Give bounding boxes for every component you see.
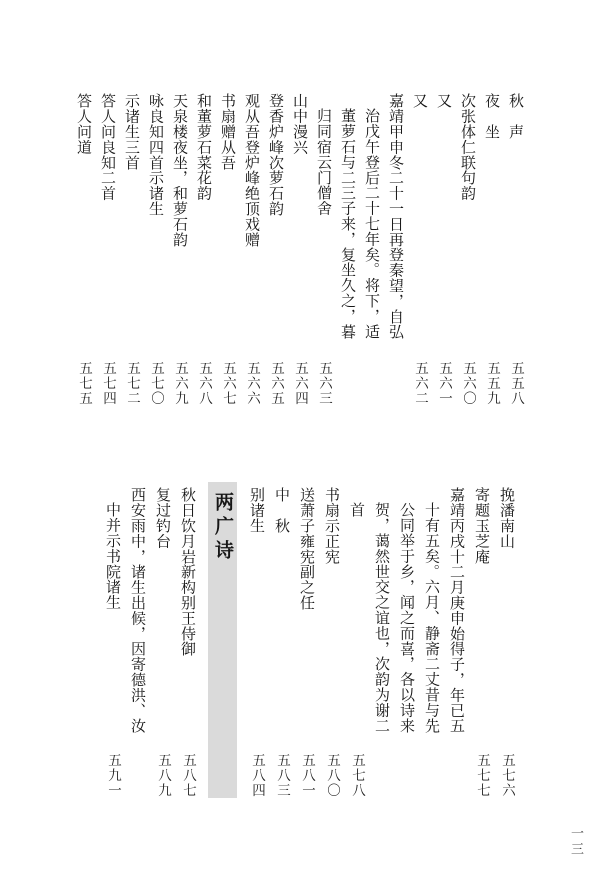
toc-block-top: 秋 声 五五八 夜 坐 五五九 次张体仁联句韵 五六〇 又 五六一 又 五六二 … bbox=[72, 93, 528, 406]
toc-entry-page-number: 五七七 bbox=[469, 753, 494, 798]
toc-entry-title: 登香炉峰次萝石韵 bbox=[264, 93, 288, 216]
toc-entry-page-number: 五六三 bbox=[312, 361, 336, 406]
toc-entry-title: 天泉楼夜坐，和萝石韵 bbox=[168, 93, 192, 247]
toc-entry: 咏良知四首示诸生 五七〇 bbox=[144, 93, 168, 406]
toc-entry: 西安雨中，诸生出候，因寄德洪、汝中并示书院诸生 五九一 bbox=[100, 487, 150, 798]
toc-entry-page-number: 五九一 bbox=[100, 753, 125, 798]
toc-entry-page-number: 五八四 bbox=[244, 753, 269, 798]
toc-entry: 山中漫兴 五六四 bbox=[288, 93, 312, 406]
toc-entry-page-number: 五七八 bbox=[344, 753, 369, 798]
toc-entry-page-number: 五六一 bbox=[432, 361, 456, 406]
toc-entry: 夜 坐 五五九 bbox=[480, 93, 504, 406]
toc-entry-page-number: 五六七 bbox=[216, 361, 240, 406]
toc-entry-title: 复过钓台 bbox=[150, 487, 175, 549]
toc-entry-title: 中 秋 bbox=[269, 487, 294, 533]
toc-entry: 书扇赠从吾 五六七 bbox=[216, 93, 240, 406]
toc-entry-page-number: 五七六 bbox=[494, 753, 519, 798]
toc-entry-title: 送萧子雍宪副之任 bbox=[294, 487, 319, 610]
toc-entry-title: 秋日饮月岩新构别王侍御 bbox=[175, 487, 200, 656]
toc-entry: 嘉靖丙戌十二月庚申始得子，年已五十有五矣。六月、静斋二丈昔与先公同举于乡，闻之而… bbox=[344, 487, 469, 798]
toc-entry-title: 答人问良知二首 bbox=[96, 93, 120, 201]
toc-entry-page-number: 五六四 bbox=[288, 361, 312, 406]
toc-entry-title: 示诸生三首 bbox=[120, 93, 144, 170]
toc-entry: 又 五六一 bbox=[432, 93, 456, 406]
toc-entry-title: 秋 声 bbox=[504, 93, 528, 139]
toc-entry: 登香炉峰次萝石韵 五六五 bbox=[264, 93, 288, 406]
toc-entry: 挽潘南山 五七六 bbox=[494, 487, 519, 798]
toc-block-bottom: 挽潘南山 五七六 寄题玉芝庵 五七七 嘉靖丙戌十二月庚申始得子，年已五十有五矣。… bbox=[100, 487, 519, 798]
toc-entry-title: 嘉靖丙戌十二月庚申始得子，年已五十有五矣。六月、静斋二丈昔与先公同举于乡，闻之而… bbox=[344, 487, 469, 740]
toc-entry: 书扇示正宪 五八〇 bbox=[319, 487, 344, 798]
toc-section-title: 两广诗 bbox=[208, 482, 237, 564]
toc-entry: 复过钓台 五八九 bbox=[150, 487, 175, 798]
toc-entry-page-number: 五八九 bbox=[150, 753, 175, 798]
toc-entry-title: 观从吾登炉峰绝顶戏赠 bbox=[240, 93, 264, 247]
toc-entry-page-number: 五六六 bbox=[240, 361, 264, 406]
toc-entry-page-number: 五六八 bbox=[192, 361, 216, 406]
toc-entry-page-number: 五五九 bbox=[480, 361, 504, 406]
toc-entry-title: 西安雨中，诸生出候，因寄德洪、汝中并示书院诸生 bbox=[100, 487, 150, 740]
toc-entry-page-number: 五六〇 bbox=[456, 361, 480, 406]
toc-entry: 答人问良知二首 五七四 bbox=[96, 93, 120, 406]
toc-entry-title: 次张体仁联句韵 bbox=[456, 93, 480, 201]
toc-entry: 寄题玉芝庵 五七七 bbox=[469, 487, 494, 798]
toc-entry-page-number: 五八〇 bbox=[319, 753, 344, 798]
toc-entry-title: 又 bbox=[408, 93, 432, 108]
toc-entry-page-number: 五七〇 bbox=[144, 361, 168, 406]
toc-entry-page-number: 五六九 bbox=[168, 361, 192, 406]
toc-entry-page-number: 五七四 bbox=[96, 361, 120, 406]
toc-entry-page-number: 五七二 bbox=[120, 361, 144, 406]
toc-entry: 嘉靖甲申冬二十一日再登秦望，自弘治戊午登后二十七年矣。将下，适董萝石与二三子来，… bbox=[312, 93, 408, 406]
toc-entry: 天泉楼夜坐，和萝石韵 五六九 bbox=[168, 93, 192, 406]
toc-entry: 秋日饮月岩新构别王侍御 五八七 bbox=[175, 487, 200, 798]
toc-entry-page-number: 五八三 bbox=[269, 753, 294, 798]
toc-entry: 观从吾登炉峰绝顶戏赠 五六六 bbox=[240, 93, 264, 406]
toc-entry-title: 寄题玉芝庵 bbox=[469, 487, 494, 564]
toc-entry-title: 山中漫兴 bbox=[288, 93, 312, 155]
toc-entry: 答人问道 五七五 bbox=[72, 93, 96, 406]
folio-number: 一三 bbox=[566, 826, 585, 858]
toc-entry-title: 嘉靖甲申冬二十一日再登秦望，自弘治戊午登后二十七年矣。将下，适董萝石与二三子来，… bbox=[312, 93, 408, 346]
toc-entry-page-number: 五八七 bbox=[175, 753, 200, 798]
toc-entry-page-number: 五六五 bbox=[264, 361, 288, 406]
toc-entry: 次张体仁联句韵 五六〇 bbox=[456, 93, 480, 406]
toc-entry: 送萧子雍宪副之任 五八一 bbox=[294, 487, 319, 798]
toc-entry: 和董萝石菜花韵 五六八 bbox=[192, 93, 216, 406]
toc-entry-page-number: 五五八 bbox=[504, 361, 528, 406]
toc-entry-title: 答人问道 bbox=[72, 93, 96, 155]
toc-entry-title: 夜 坐 bbox=[480, 93, 504, 139]
toc-entry-title: 别诸生 bbox=[244, 487, 269, 533]
toc-entry-title: 和董萝石菜花韵 bbox=[192, 93, 216, 201]
toc-entry: 秋 声 五五八 bbox=[504, 93, 528, 406]
toc-entry: 又 五六二 bbox=[408, 93, 432, 406]
toc-entry-title: 又 bbox=[432, 93, 456, 108]
book-toc-page: 秋 声 五五八 夜 坐 五五九 次张体仁联句韵 五六〇 又 五六一 又 五六二 … bbox=[0, 0, 600, 872]
toc-section-header: 两广诗 bbox=[208, 482, 237, 798]
toc-entry: 别诸生 五八四 bbox=[244, 487, 269, 798]
toc-entry: 中 秋 五八三 bbox=[269, 487, 294, 798]
toc-entry-page-number: 五八一 bbox=[294, 753, 319, 798]
toc-entry-title: 书扇示正宪 bbox=[319, 487, 344, 564]
toc-entry-title: 咏良知四首示诸生 bbox=[144, 93, 168, 216]
toc-entry-title: 书扇赠从吾 bbox=[216, 93, 240, 170]
toc-entry-page-number: 五七五 bbox=[72, 361, 96, 406]
toc-entry-page-number: 五六二 bbox=[408, 361, 432, 406]
toc-entry: 示诸生三首 五七二 bbox=[120, 93, 144, 406]
toc-entry-title: 挽潘南山 bbox=[494, 487, 519, 549]
